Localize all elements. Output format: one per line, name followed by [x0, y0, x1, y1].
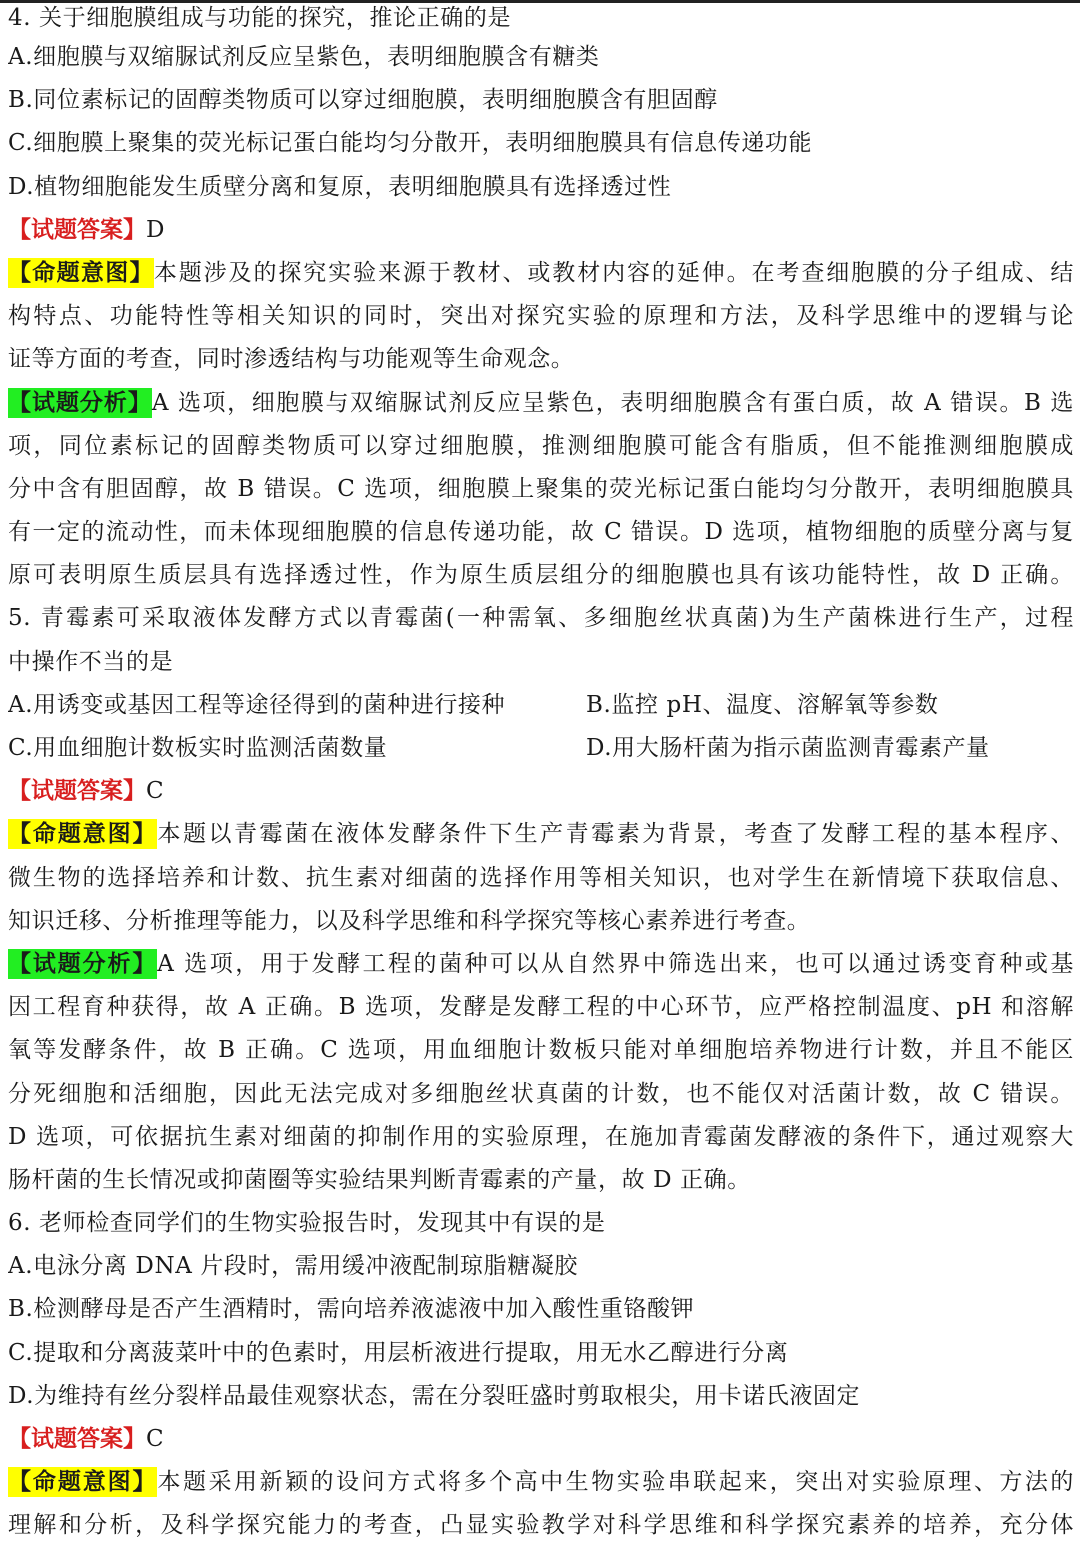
- answer-value: C: [146, 778, 164, 804]
- intent-line: 构特点、功能特性等相关知识的同时，突出对探究实验的原理和方法，及科学思维中的逻辑…: [8, 295, 1074, 338]
- question-4: 4. 关于细胞膜组成与功能的探究，推论正确的是 A.细胞膜与双缩脲试剂反应呈紫色…: [8, 0, 1074, 597]
- answer-value: D: [146, 217, 165, 243]
- option-d: D.植物细胞能发生质壁分离和复原，表明细胞膜具有选择透过性: [8, 166, 1074, 209]
- intent-text: 本题采用新颖的设问方式将多个高中生物实验串联起来，突出对实验原理、方法的: [157, 1469, 1074, 1495]
- analysis-line: 因工程育种获得，故 A 正确。B 选项，发酵是发酵工程的中心环节，应严格控制温度…: [8, 986, 1074, 1029]
- analysis-line: 有一定的流动性，而未体现细胞膜的信息传递功能，故 C 错误。D 选项，植物细胞的…: [8, 511, 1074, 554]
- intent-line: 【命题意图】本题采用新颖的设问方式将多个高中生物实验串联起来，突出对实验原理、方…: [8, 1461, 1074, 1504]
- analysis-line: 分中含有胆固醇，故 B 错误。C 选项，细胞膜上聚集的荧光标记蛋白能均匀分散开，…: [8, 468, 1074, 511]
- question-6: 6. 老师检查同学们的生物实验报告时，发现其中有误的是 A.电泳分离 DNA 片…: [8, 1202, 1074, 1543]
- question-5: 5. 青霉素可采取液体发酵方式以青霉菌(一种需氧、多细胞丝状真菌)为生产菌株进行…: [8, 597, 1074, 1202]
- analysis-text: A 选项，用于发酵工程的菌种可以从自然界中筛选出来，也可以通过诱变育种或基: [157, 951, 1074, 977]
- options-row: A.用诱变或基因工程等途径得到的菌种进行接种 B.监控 pH、温度、溶解氧等参数: [8, 684, 1074, 727]
- option-c: C.细胞膜上聚集的荧光标记蛋白能均匀分散开，表明细胞膜具有信息传递功能: [8, 122, 1074, 165]
- answer-row: 【试题答案】C: [8, 1418, 1074, 1461]
- intent-tag: 【命题意图】: [8, 1467, 157, 1497]
- intent-text: 本题涉及的探究实验来源于教材、或教材内容的延伸。在考查细胞膜的分子组成、结: [154, 260, 1074, 286]
- intent-line: 微生物的选择培养和计数、抗生素对细菌的选择作用等相关知识，也对学生在新情境下获取…: [8, 857, 1074, 900]
- intent-line: 证等方面的考查，同时渗透结构与功能观等生命观念。: [8, 338, 1074, 381]
- analysis-line: 【试题分析】A 选项，细胞膜与双缩脲试剂反应呈紫色，表明细胞膜含有蛋白质，故 A…: [8, 382, 1074, 425]
- answer-value: C: [146, 1426, 164, 1452]
- analysis-tag: 【试题分析】: [8, 388, 152, 418]
- answer-tag: 【试题答案】: [8, 1426, 146, 1452]
- answer-tag: 【试题答案】: [8, 217, 146, 243]
- option-d: D.为维持有丝分裂样品最佳观察状态，需在分裂旺盛时剪取根尖，用卡诺氏液固定: [8, 1375, 1074, 1418]
- question-stem: 中操作不当的是: [8, 641, 1074, 684]
- analysis-line: 分死细胞和活细胞，因此无法完成对多细胞丝状真菌的计数，也不能仅对活菌计数，故 C…: [8, 1073, 1074, 1116]
- intent-tag: 【命题意图】: [8, 258, 154, 288]
- option-c: C.提取和分离菠菜叶中的色素时，用层析液进行提取，用无水乙醇进行分离: [8, 1332, 1074, 1375]
- analysis-tag: 【试题分析】: [8, 949, 157, 979]
- intent-line: 理解和分析，及科学探究能力的考查，凸显实验教学对科学思维和科学探究素养的培养，充…: [8, 1504, 1074, 1543]
- question-stem: 4. 关于细胞膜组成与功能的探究，推论正确的是: [8, 0, 1074, 36]
- intent-line: 【命题意图】本题以青霉菌在液体发酵条件下生产青霉素为背景，考查了发酵工程的基本程…: [8, 813, 1074, 856]
- question-stem: 6. 老师检查同学们的生物实验报告时，发现其中有误的是: [8, 1202, 1074, 1245]
- analysis-line: 原可表明原生质层具有选择透过性，作为原生质层组分的细胞膜也具有该功能特性，故 D…: [8, 554, 1074, 597]
- intent-line: 知识迁移、分析推理等能力，以及科学思维和科学探究等核心素养进行考查。: [8, 900, 1074, 943]
- analysis-line: 【试题分析】A 选项，用于发酵工程的菌种可以从自然界中筛选出来，也可以通过诱变育…: [8, 943, 1074, 986]
- intent-tag: 【命题意图】: [8, 819, 157, 849]
- analysis-line: 肠杆菌的生长情况或抑菌圈等实验结果判断青霉素的产量，故 D 正确。: [8, 1159, 1074, 1202]
- analysis-line: D 选项，可依据抗生素对细菌的抑制作用的实验原理，在施加青霉菌发酵液的条件下，通…: [8, 1116, 1074, 1159]
- option-a: A.电泳分离 DNA 片段时，需用缓冲液配制琼脂糖凝胶: [8, 1245, 1074, 1288]
- answer-row: 【试题答案】C: [8, 770, 1074, 813]
- option-b: B.同位素标记的固醇类物质可以穿过细胞膜，表明细胞膜含有胆固醇: [8, 79, 1074, 122]
- option-c: C.用血细胞计数板实时监测活菌数量: [8, 727, 586, 770]
- analysis-line: 氧等发酵条件，故 B 正确。C 选项，用血细胞计数板只能对单细胞培养物进行计数，…: [8, 1029, 1074, 1072]
- answer-row: 【试题答案】D: [8, 209, 1074, 252]
- options-row: C.用血细胞计数板实时监测活菌数量 D.用大肠杆菌为指示菌监测青霉素产量: [8, 727, 1074, 770]
- intent-text: 本题以青霉菌在液体发酵条件下生产青霉素为背景，考查了发酵工程的基本程序、: [157, 821, 1074, 847]
- analysis-text: A 选项，细胞膜与双缩脲试剂反应呈紫色，表明细胞膜含有蛋白质，故 A 错误。B …: [152, 390, 1074, 416]
- answer-tag: 【试题答案】: [8, 778, 146, 804]
- option-a: A.细胞膜与双缩脲试剂反应呈紫色，表明细胞膜含有糖类: [8, 36, 1074, 79]
- analysis-line: 项，同位素标记的固醇类物质可以穿过细胞膜，推测细胞膜可能含有脂质，但不能推测细胞…: [8, 425, 1074, 468]
- option-d: D.用大肠杆菌为指示菌监测青霉素产量: [586, 727, 1074, 770]
- document-page: 4. 关于细胞膜组成与功能的探究，推论正确的是 A.细胞膜与双缩脲试剂反应呈紫色…: [8, 0, 1074, 1543]
- question-stem: 5. 青霉素可采取液体发酵方式以青霉菌(一种需氧、多细胞丝状真菌)为生产菌株进行…: [8, 597, 1074, 640]
- option-a: A.用诱变或基因工程等途径得到的菌种进行接种: [8, 684, 586, 727]
- intent-line: 【命题意图】本题涉及的探究实验来源于教材、或教材内容的延伸。在考查细胞膜的分子组…: [8, 252, 1074, 295]
- option-b: B.检测酵母是否产生酒精时，需向培养液滤液中加入酸性重铬酸钾: [8, 1288, 1074, 1331]
- option-b: B.监控 pH、温度、溶解氧等参数: [586, 684, 1074, 727]
